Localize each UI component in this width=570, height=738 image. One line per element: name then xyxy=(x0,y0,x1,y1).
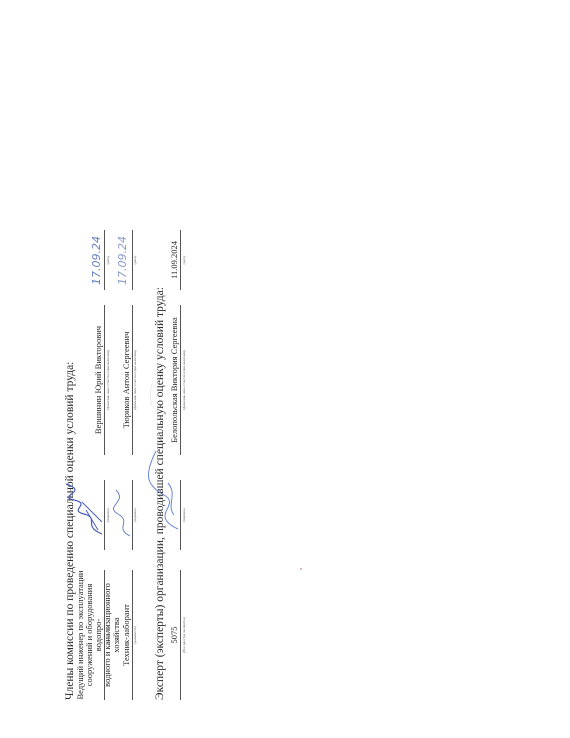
member-1-date-caption: (дата) xyxy=(106,230,110,290)
expert-signature-caption: (подпись) xyxy=(182,480,186,550)
member-1-name-caption: (фамилия, имя, отчество (при наличии)) xyxy=(106,305,110,455)
expert-date-caption: (дата) xyxy=(182,230,186,290)
expert-name-line xyxy=(180,305,181,455)
member-2-position-caption: (должность) xyxy=(133,570,137,700)
member-2-date-caption: (дата) xyxy=(133,230,137,290)
member-1-signature-icon xyxy=(62,480,106,540)
member-1-date: 17.09.24 xyxy=(90,236,103,285)
expert-name-caption: (фамилия, имя, отчество (при наличии)) xyxy=(182,305,186,455)
member-2-name: Тюриков Антон Сергеевич xyxy=(122,305,131,455)
expert-registry-number: 5075 xyxy=(170,570,179,700)
member-1-name: Вершинин Юрий Викторович xyxy=(94,305,103,455)
expert-date-line xyxy=(180,230,181,290)
expert-signature-line xyxy=(180,480,181,550)
expert-registry-line xyxy=(180,570,181,700)
member-1-position-caption: (должность) xyxy=(106,570,110,700)
member-1-date-line xyxy=(104,230,105,290)
member-1-name-line xyxy=(104,305,105,455)
rotated-page-content: Члены комиссии по проведению специальной… xyxy=(60,140,220,700)
expert-date: 11.09.2024 xyxy=(170,230,179,290)
member-1-position: Ведущий инженер по эксплуатации сооружен… xyxy=(76,570,121,700)
expert-name: Белопольская Виктория Сергеевна xyxy=(170,305,179,455)
member-2-position: Техник-лаборант xyxy=(122,570,131,700)
member-2-name-caption: (фамилия, имя, отчество (при наличии)) xyxy=(133,305,137,455)
member-1-signature-line xyxy=(104,480,105,550)
member-1-position-line xyxy=(104,570,105,700)
scan-speck xyxy=(300,568,302,570)
member-2-date: 17.09.24 xyxy=(116,236,129,285)
member-2-signature-caption: (подпись) xyxy=(133,480,137,550)
expert-registry-caption: (№ в реестре экспертов) xyxy=(182,570,186,700)
